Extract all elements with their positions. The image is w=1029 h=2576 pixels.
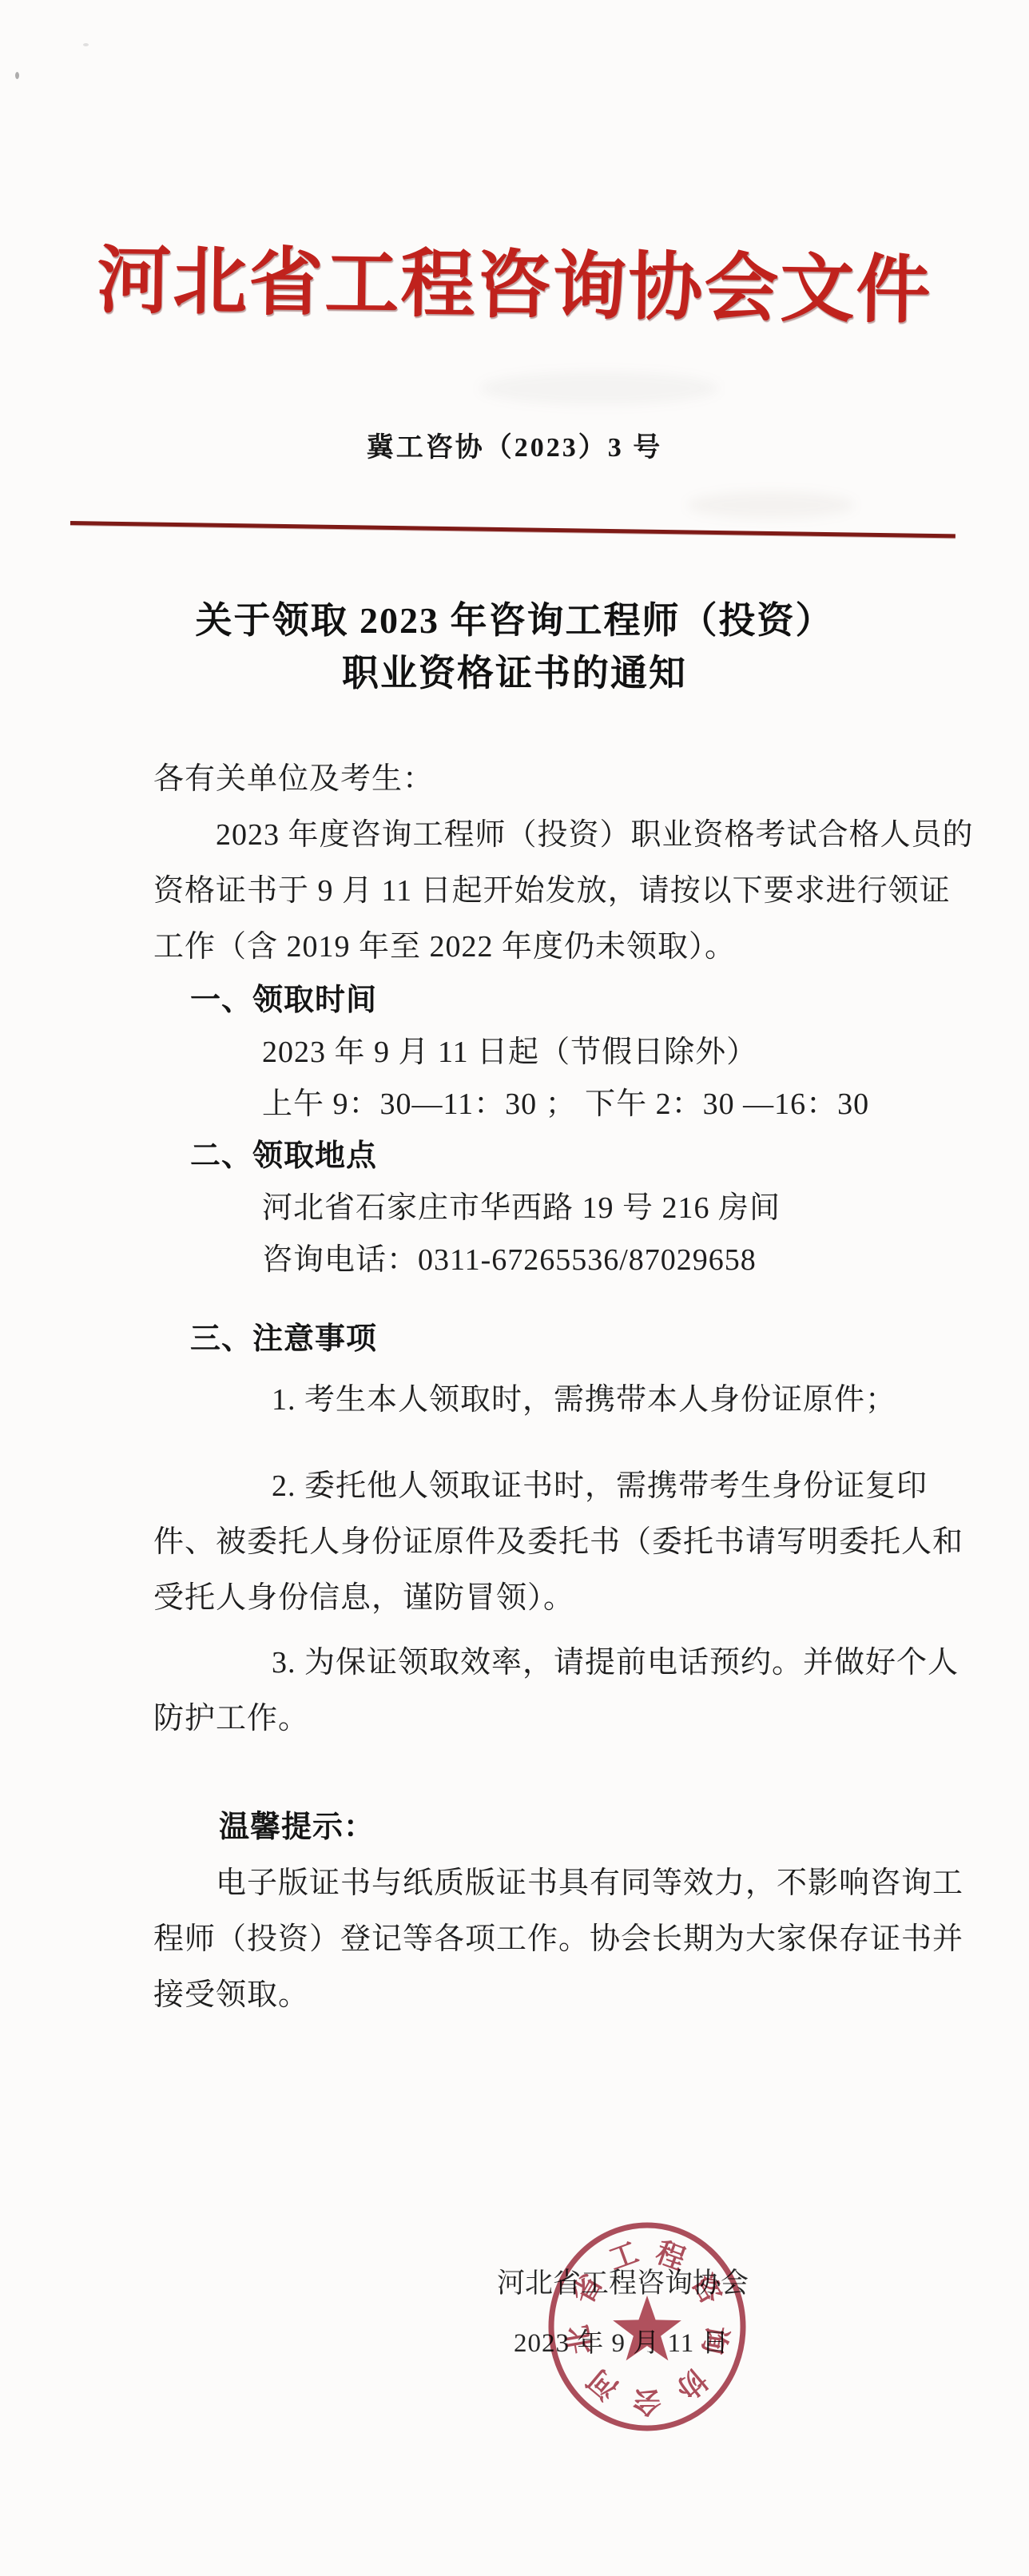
section-heading-2: 二、领取地点 [153,1131,900,1183]
section-2-line: 咨询电话：0311-67265536/87029658 [153,1234,900,1286]
section-2-line: 河北省石家庄市华西路 19 号 216 房间 [153,1183,900,1234]
note-3-line: 3. 为保证领取效率，请提前电话预约。并做好个人 [153,1635,900,1691]
svg-text:工: 工 [605,2236,643,2276]
svg-text:河: 河 [582,2363,624,2406]
note-1-line: 1. 考生本人领取时，需携带本人身份证原件； [153,1372,900,1428]
seal-star-icon [613,2296,681,2360]
svg-text:咨: 咨 [685,2268,728,2309]
notice-title-line2: 职业资格证书的通知 [0,647,1029,700]
intro-line: 资格证书于 9 月 11 日起开始发放，请按以下要求进行领证 [153,863,900,919]
section-1-line: 2023 年 9 月 11 日起（节假日除外） [153,1027,900,1079]
scan-smudge [687,491,855,519]
scan-speck [83,43,89,46]
note-3-line: 防护工作。 [153,1691,900,1747]
intro-line: 2023 年度咨询工程师（投资）职业资格考试合格人员的 [153,807,900,863]
letterhead-org-title: 河北省工程咨询协会文件 [0,219,1029,339]
svg-text:询: 询 [697,2323,733,2356]
svg-text:协: 协 [669,2363,713,2407]
intro-line: 工作（含 2019 年至 2022 年度仍未领取）。 [153,919,900,975]
salutation: 各有关单位及考生： [153,751,900,807]
section-heading-1: 一、领取时间 [153,975,900,1027]
svg-text:北: 北 [561,2323,598,2356]
tips-line: 电子版证书与纸质版证书具有同等效力，不影响咨询工 [153,1855,900,1911]
document-number: 冀工咨协（2023）3 号 [0,425,1029,464]
red-divider-line [70,521,955,538]
notice-title-line1: 关于领取 2023 年咨询工程师（投资） [0,594,1029,647]
notice-title: 关于领取 2023 年咨询工程师（投资） 职业资格证书的通知 [0,594,1029,700]
tips-line: 程师（投资）登记等各项工作。协会长期为大家保存证书并 [153,1911,900,1967]
note-2-line: 受托人身份信息，谨防冒领）。 [153,1570,900,1626]
svg-text:会: 会 [633,2386,661,2418]
scan-speck [15,72,19,79]
official-seal: 河北省工程咨询协会 [543,2218,751,2435]
note-2-line: 件、被委托人身份证原件及委托书（委托书请写明委托人和 [153,1514,900,1570]
document-body: 各有关单位及考生： 2023 年度咨询工程师（投资）职业资格考试合格人员的 资格… [153,751,900,2023]
section-1-line: 上午 9：30—11：30 ； 下午 2：30 —16：30 [153,1079,900,1131]
svg-text:省: 省 [566,2268,609,2309]
section-heading-3: 三、注意事项 [153,1311,900,1367]
note-2-line: 2. 委托他人领取证书时，需携带考生身份证复印 [153,1458,900,1514]
svg-text:程: 程 [652,2236,690,2276]
scanned-document-page: 河北省工程咨询协会文件 冀工咨协（2023）3 号 关于领取 2023 年咨询工… [0,0,1029,2576]
scan-smudge [479,372,719,405]
tips-heading: 温馨提示： [153,1799,900,1855]
tips-line: 接受领取。 [153,1967,900,2023]
